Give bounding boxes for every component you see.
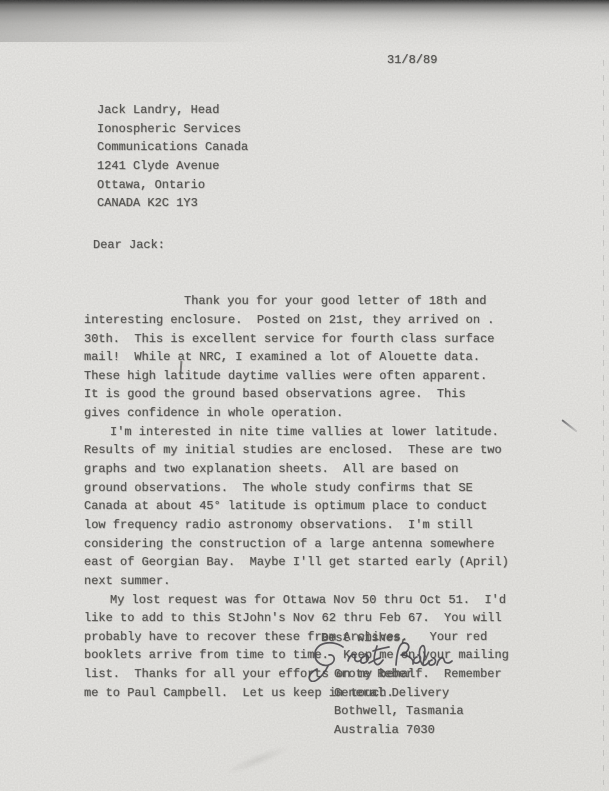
body-line: ground observations. The whole study con… (84, 479, 554, 498)
sender-address-line: General Delivery (334, 687, 464, 706)
sender-address: Grote ReberGeneral DeliveryBothwell, Tas… (334, 668, 464, 743)
body-line: interesting enclosure. Posted on 21st, t… (84, 311, 554, 330)
body-line: gives confidence in whole operation. (84, 404, 554, 423)
recipient-address-line: Ottawa, Ontario (97, 179, 248, 198)
sender-address-line: Grote Reber (334, 668, 464, 687)
scanned-letter-page: 31/8/89 Jack Landry, HeadIonospheric Ser… (0, 0, 609, 791)
body-line: My lost request was for Ottawa Nov 50 th… (84, 591, 554, 610)
body-line: mail! While at NRC, I examined a lot of … (84, 348, 554, 367)
letter-date: 31/8/89 (387, 53, 437, 67)
recipient-address-line: Communications Canada (97, 141, 248, 160)
body-line: These high latitude daytime vallies were… (84, 367, 554, 386)
body-line: low frequency radio astronomy observatio… (84, 516, 554, 535)
recipient-address-line: Jack Landry, Head (97, 104, 248, 123)
recipient-address-line: Ionospheric Services (97, 123, 248, 142)
body-line: Canada at about 45° latitude is optimum … (84, 497, 554, 516)
body-line: graphs and two explanation sheets. All a… (84, 460, 554, 479)
body-line: like to add to this StJohn's Nov 62 thru… (84, 609, 554, 628)
body-line: next summer. (84, 572, 554, 591)
recipient-address-line: 1241 Clyde Avenue (97, 160, 248, 179)
scan-smudge-artifact (210, 735, 304, 785)
body-line: east of Georgian Bay. Maybe I'll get sta… (84, 553, 554, 572)
body-line: It is good the ground based observations… (84, 385, 554, 404)
body-line: me to Paul Campbell. Let us keep in touc… (84, 684, 554, 703)
pen-check-mark (561, 419, 577, 432)
scan-top-edge-artifact (0, 0, 609, 48)
sender-address-line: Australia 7030 (334, 724, 464, 743)
salutation: Dear Jack: (84, 236, 554, 255)
body-line: considering the construction of a large … (84, 535, 554, 554)
scan-right-edge-artifact (603, 60, 604, 785)
body-line: Results of my initial studies are enclos… (84, 441, 554, 460)
body-line: I'm interested in nite time vallies at l… (84, 423, 554, 442)
body-line: 30th. This is excellent service for four… (84, 330, 554, 349)
sender-address-line: Bothwell, Tasmania (334, 705, 464, 724)
body-line: Thank you for your good letter of 18th a… (84, 292, 554, 311)
